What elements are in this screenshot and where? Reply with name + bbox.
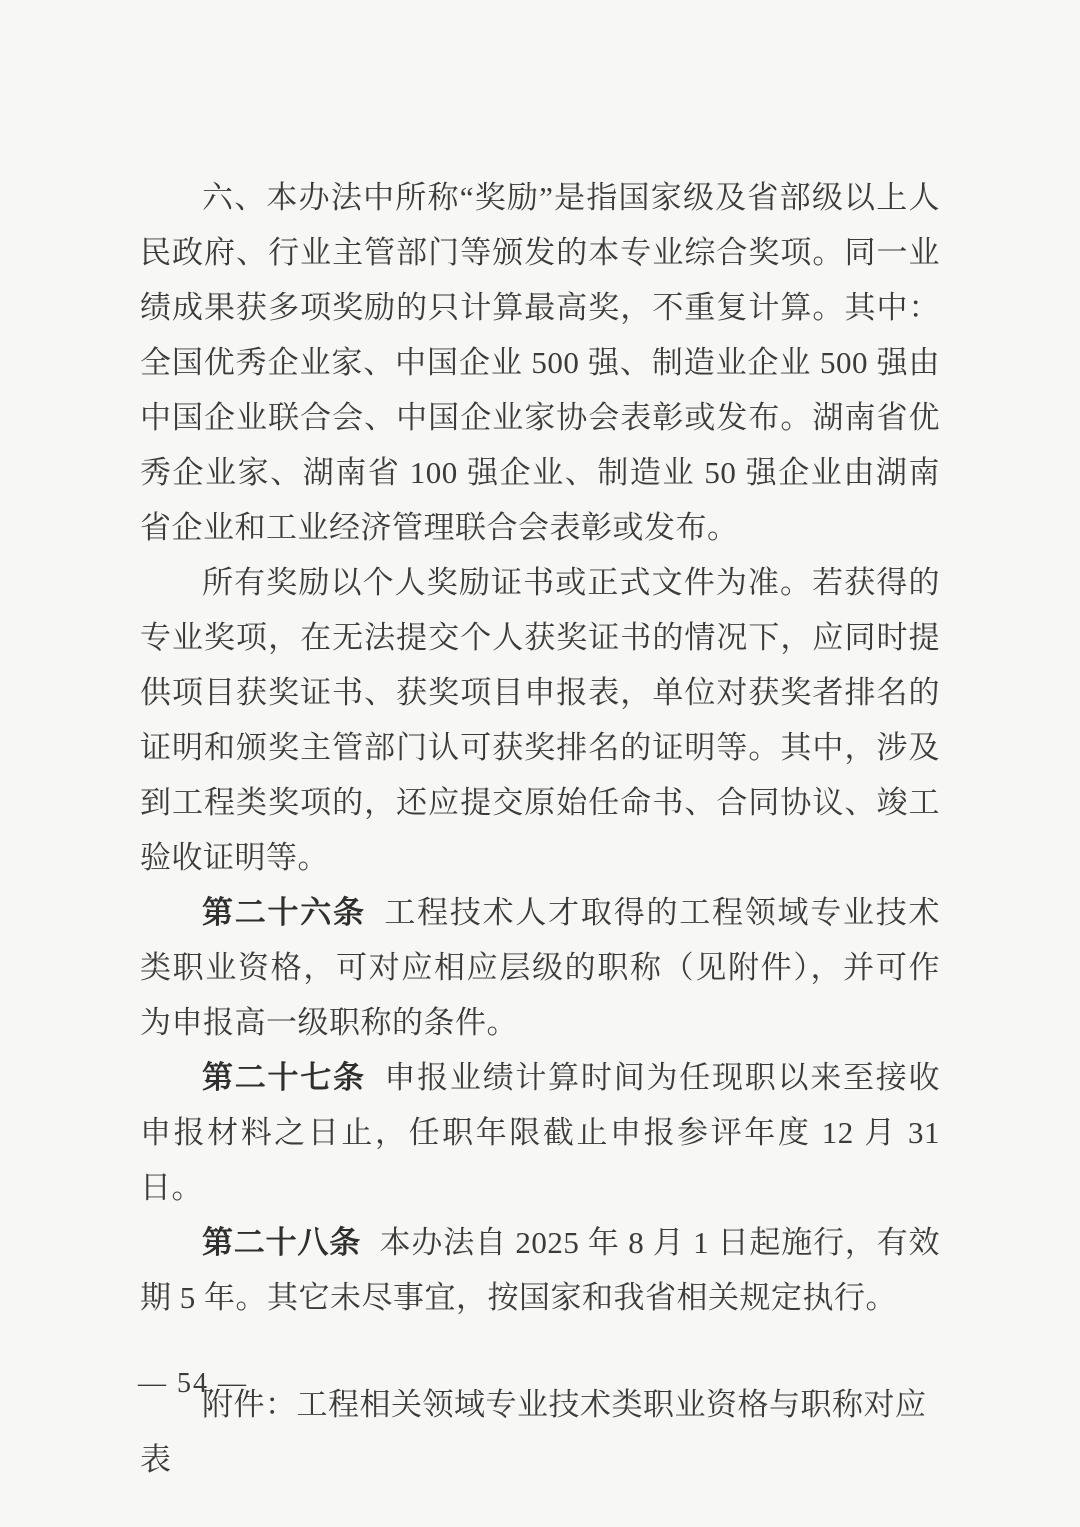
paragraph-clause-27: 第二十七条申报业绩计算时间为任现职以来至接收申报材料之日止，任职年限截止申报参评…: [140, 1050, 940, 1215]
paragraph-text: 六、本办法中所称“奖励”是指国家级及省部级以上人民政府、行业主管部门等颁发的本专…: [140, 180, 940, 545]
attachment-line: 附件：工程相关领域专业技术类职业资格与职称对应表: [140, 1377, 940, 1487]
paragraph-clause-28: 第二十八条本办法自 2025 年 8 月 1 日起施行，有效期 5 年。其它未尽…: [140, 1215, 940, 1325]
document-page: 六、本办法中所称“奖励”是指国家级及省部级以上人民政府、行业主管部门等颁发的本专…: [0, 0, 1080, 1527]
paragraph-text: 所有奖励以个人奖励证书或正式文件为准。若获得的专业奖项，在无法提交个人获奖证书的…: [140, 565, 940, 875]
paragraph-clause-26: 第二十六条工程技术人才取得的工程领域专业技术类职业资格，可对应相应层级的职称（见…: [140, 885, 940, 1050]
clause-26-heading: 第二十六条: [202, 895, 366, 930]
page-number: — 54 —: [138, 1368, 248, 1400]
document-body: 六、本办法中所称“奖励”是指国家级及省部级以上人民政府、行业主管部门等颁发的本专…: [140, 170, 940, 1487]
clause-27-heading: 第二十七条: [202, 1060, 366, 1095]
paragraph-award-certificates: 所有奖励以个人奖励证书或正式文件为准。若获得的专业奖项，在无法提交个人获奖证书的…: [140, 555, 940, 885]
clause-28-heading: 第二十八条: [202, 1225, 361, 1260]
paragraph-award-definition: 六、本办法中所称“奖励”是指国家级及省部级以上人民政府、行业主管部门等颁发的本专…: [140, 170, 940, 555]
